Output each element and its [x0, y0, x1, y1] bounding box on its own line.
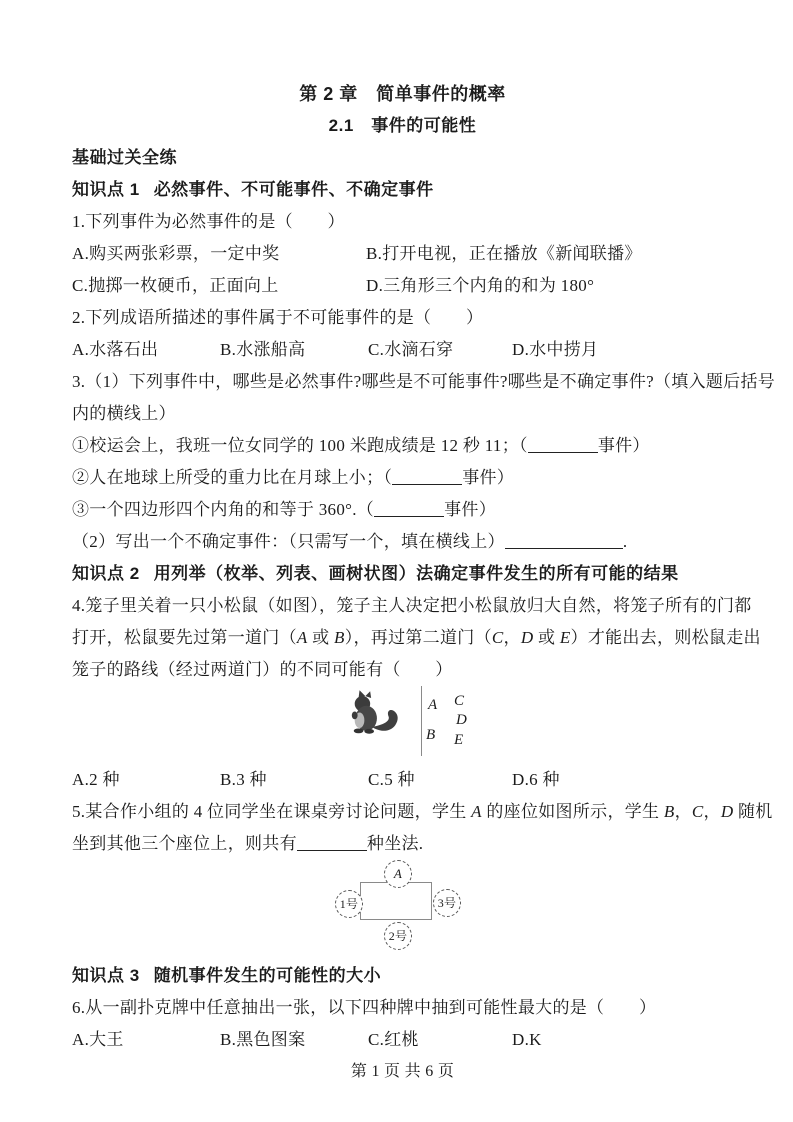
- q4-option-a: A.2 种: [72, 764, 220, 796]
- practice-header: 基础过关全练: [72, 142, 733, 174]
- q6-option-c: C.红桃: [368, 1024, 512, 1056]
- question-3-stem-line-2: 内的横线上）: [72, 398, 733, 430]
- q5-l1-seg: ，: [675, 802, 692, 821]
- knowledge-point-2-heading: 知识点 2用列举（枚举、列表、画树状图）法确定事件发生的所有可能的结果: [72, 558, 733, 590]
- knowledge-point-2-label: 知识点 2: [72, 564, 140, 583]
- cage-diagram: A B C D E: [340, 686, 510, 764]
- door-label-c: C: [454, 694, 464, 709]
- q3-item2-answer-blank: [392, 467, 462, 485]
- q1-option-a: A.购买两张彩票，一定中奖: [72, 238, 366, 270]
- q5-var-b: B: [664, 802, 675, 821]
- question-4-stem-line-1: 4.笼子里关着一只小松鼠（如图），笼子主人决定把小松鼠放归大自然，将笼子所有的门…: [72, 590, 733, 622]
- q6-option-b: B.黑色图案: [220, 1024, 368, 1056]
- q4-l2-seg: ）才能出去，则松鼠走出: [571, 628, 761, 647]
- q6-option-a: A.大王: [72, 1024, 220, 1056]
- q3-item3-answer-blank: [374, 499, 444, 517]
- question-3-part-2: （2）写出一个不确定事件：（只需写一个，填在横线上）.: [72, 526, 733, 558]
- question-3-item-2: ②人在地球上所受的重力比在月球上小；（事件）: [72, 462, 733, 494]
- knowledge-point-1-label: 知识点 1: [72, 180, 140, 199]
- door-label-e: E: [454, 733, 463, 748]
- q4-option-c: C.5 种: [368, 764, 512, 796]
- q3-item3-text: ③一个四边形四个内角的和等于 360°.（: [72, 500, 374, 519]
- q1-option-c: C.抛掷一枚硬币，正面向上: [72, 270, 366, 302]
- knowledge-point-3-heading: 知识点 3随机事件发生的可能性的大小: [72, 960, 733, 992]
- q3-part2-period: .: [623, 532, 628, 551]
- question-3-item-1: ①校运会上，我班一位女同学的 100 米跑成绩是 12 秒 11；（事件）: [72, 430, 733, 462]
- seat-label-a: A: [394, 868, 402, 880]
- q4-var-c: C: [492, 628, 504, 647]
- q4-l2-seg: 或: [308, 628, 334, 647]
- q1-option-b: B.打开电视，正在播放《新闻联播》: [366, 238, 733, 270]
- question-3-item-3: ③一个四边形四个内角的和等于 360°.（事件）: [72, 494, 733, 526]
- seat-circle-left: 1号: [335, 890, 363, 918]
- knowledge-point-1-heading: 知识点 1必然事件、不可能事件、不确定事件: [72, 174, 733, 206]
- q4-l2-seg: 或: [533, 628, 559, 647]
- q2-option-c: C.水滴石穿: [368, 334, 512, 366]
- seat-label-3: 3号: [438, 897, 457, 909]
- question-4-stem-line-3: 笼子的路线（经过两道门）的不同可能有（ ）: [72, 654, 733, 686]
- knowledge-point-3-label: 知识点 3: [72, 966, 140, 985]
- question-2-options-row: A.水落石出 B.水涨船高 C.水滴石穿 D.水中捞月: [72, 334, 733, 366]
- q3-item1-text: ①校运会上，我班一位女同学的 100 米跑成绩是 12 秒 11；（: [72, 436, 528, 455]
- page-footer: 第 1 页 共 6 页: [72, 1056, 733, 1088]
- q1-option-d: D.三角形三个内角的和为 180°: [366, 270, 733, 302]
- knowledge-point-1-title: 必然事件、不可能事件、不确定事件: [154, 180, 434, 199]
- seat-circle-right: 3号: [433, 889, 461, 917]
- q5-var-d: D: [721, 802, 734, 821]
- door-label-b: B: [426, 728, 435, 743]
- seat-label-1: 1号: [340, 898, 359, 910]
- q4-var-a: A: [297, 628, 308, 647]
- q5-l1-seg: ，: [704, 802, 721, 821]
- q4-l2-seg: 打开，松鼠要先过第一道门（: [72, 628, 297, 647]
- q4-l2-seg: ），再过第二道门（: [345, 628, 492, 647]
- door-label-a: A: [428, 698, 437, 713]
- q4-l2-seg: ，: [504, 628, 521, 647]
- question-4-stem-line-2: 打开，松鼠要先过第一道门（A 或 B），再过第二道门（C，D 或 E）才能出去，…: [72, 622, 733, 654]
- section-title: 2.1 事件的可能性: [72, 110, 733, 142]
- seat-label-2: 2号: [389, 930, 408, 942]
- question-6-stem: 6.从一副扑克牌中任意抽出一张，以下四种牌中抽到可能性最大的是（ ）: [72, 992, 733, 1024]
- question-1-options-row-2: C.抛掷一枚硬币，正面向上 D.三角形三个内角的和为 180°: [72, 270, 733, 302]
- squirrel-icon: [346, 690, 404, 735]
- q4-var-b: B: [334, 628, 345, 647]
- q5-l2-text: 坐到其他三个座位上，则共有: [72, 834, 297, 853]
- q3-item1-suffix: 事件）: [598, 436, 650, 455]
- q2-option-a: A.水落石出: [72, 334, 220, 366]
- q3-part2-text: （2）写出一个不确定事件：（只需写一个，填在横线上）: [72, 532, 505, 551]
- door-label-d: D: [456, 713, 467, 728]
- question-5-stem-line-2: 坐到其他三个座位上，则共有种坐法.: [72, 828, 733, 860]
- question-5-stem-line-1: 5.某合作小组的 4 位同学坐在课桌旁讨论问题，学生 A 的座位如图所示，学生 …: [72, 796, 733, 828]
- desk-diagram: A 1号 3号 2号: [330, 860, 490, 960]
- q4-option-b: B.3 种: [220, 764, 368, 796]
- q3-item2-text: ②人在地球上所受的重力比在月球上小；（: [72, 468, 392, 487]
- question-1-options-row-1: A.购买两张彩票，一定中奖 B.打开电视，正在播放《新闻联播》: [72, 238, 733, 270]
- knowledge-point-3-title: 随机事件发生的可能性的大小: [154, 966, 382, 985]
- q3-item1-answer-blank: [528, 435, 598, 453]
- q3-part2-answer-blank: [505, 531, 623, 549]
- q5-l1-seg: 的座位如图所示，学生: [482, 802, 664, 821]
- q5-l1-seg: 随机: [733, 802, 772, 821]
- q5-var-a: A: [471, 802, 482, 821]
- question-2-stem: 2.下列成语所描述的事件属于不可能事件的是（ ）: [72, 302, 733, 334]
- first-door-wall-line: [421, 686, 422, 756]
- q3-item2-suffix: 事件）: [462, 468, 514, 487]
- q5-answer-blank: [297, 833, 367, 851]
- question-3-stem-line-1: 3.（1）下列事件中，哪些是必然事件?哪些是不可能事件?哪些是不确定事件?（填入…: [72, 366, 733, 398]
- q2-option-d: D.水中捞月: [512, 334, 733, 366]
- chapter-title: 第 2 章 简单事件的概率: [72, 78, 733, 110]
- q4-var-d: D: [521, 628, 534, 647]
- q4-var-e: E: [560, 628, 571, 647]
- knowledge-point-2-title: 用列举（枚举、列表、画树状图）法确定事件发生的所有可能的结果: [154, 564, 679, 583]
- q5-l1-seg: 5.某合作小组的 4 位同学坐在课桌旁讨论问题，学生: [72, 802, 471, 821]
- q6-option-d: D.K: [512, 1024, 733, 1056]
- worksheet-page: 第 2 章 简单事件的概率 2.1 事件的可能性 基础过关全练 知识点 1必然事…: [0, 0, 793, 1122]
- question-4-options-row: A.2 种 B.3 种 C.5 种 D.6 种: [72, 764, 733, 796]
- q3-item3-suffix: 事件）: [444, 500, 496, 519]
- q2-option-b: B.水涨船高: [220, 334, 368, 366]
- q5-var-c: C: [692, 802, 704, 821]
- seat-circle-bottom: 2号: [384, 922, 412, 950]
- seat-circle-top: A: [384, 860, 412, 888]
- q4-option-d: D.6 种: [512, 764, 733, 796]
- question-1-stem: 1.下列事件为必然事件的是（ ）: [72, 206, 733, 238]
- q5-l2-suffix: 种坐法.: [367, 834, 423, 853]
- question-6-options-row: A.大王 B.黑色图案 C.红桃 D.K: [72, 1024, 733, 1056]
